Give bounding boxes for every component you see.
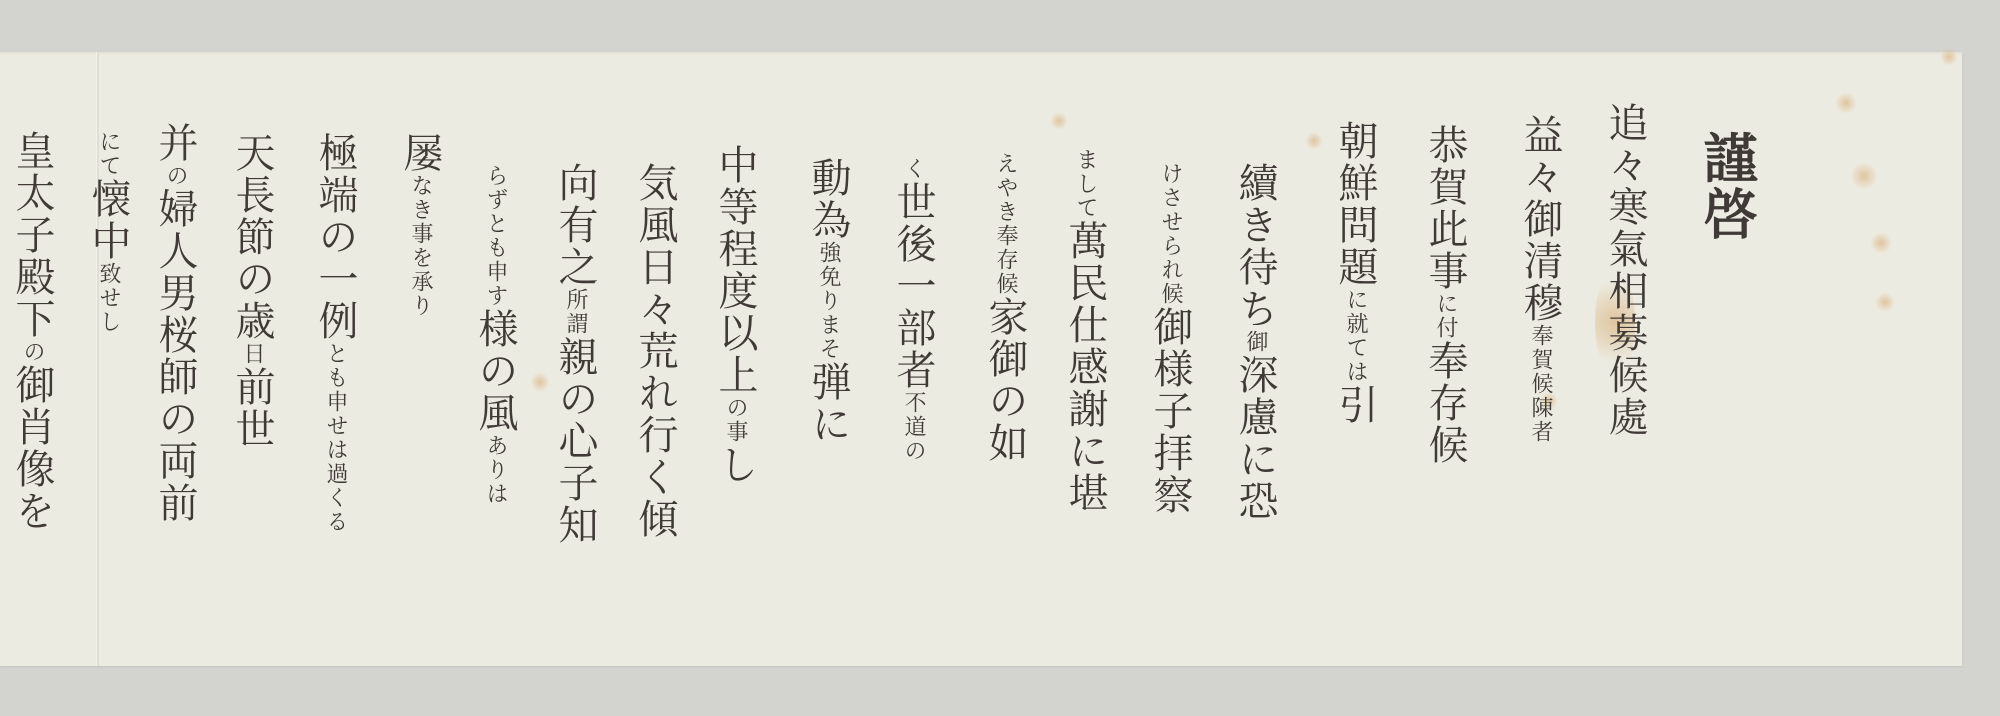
letter-paper: 謹啓 追々寒氣相募候處 益々御清穆奉賀候陳者 恭賀此事に付奉存候 朝鮮問題に就て… bbox=[0, 52, 1962, 666]
text-column: 動為強免りまそ弾に bbox=[808, 157, 848, 445]
text-column: 屡なき事を承り bbox=[400, 132, 440, 318]
text-column: 中等程度以上の事し bbox=[715, 144, 755, 486]
text-column: 朝鮮問題に就ては引 bbox=[1335, 120, 1375, 426]
text-column: 追々寒氣相募候處 bbox=[1605, 102, 1645, 438]
text-column: らずとも申す様の風ありは bbox=[475, 164, 515, 506]
stain bbox=[1835, 92, 1857, 114]
stain bbox=[1870, 232, 1892, 254]
salutation: 謹啓 bbox=[1700, 130, 1754, 242]
text-column: 益々御清穆奉賀候陳者 bbox=[1520, 114, 1560, 444]
text-column: く世後一部者不道の bbox=[893, 157, 933, 463]
text-column: 向有之所謂親の心子知 bbox=[555, 162, 595, 546]
text-column: 気風日々荒れ行く傾 bbox=[635, 162, 675, 540]
text-column: まして萬民仕感謝に堪 bbox=[1065, 148, 1105, 514]
text-column: 恭賀此事に付奉存候 bbox=[1425, 124, 1465, 466]
stain bbox=[530, 372, 550, 392]
text-column: けさせられ候御様子拝察 bbox=[1150, 162, 1190, 516]
stain bbox=[1875, 292, 1895, 312]
text-column: 續き待ち御深慮に恐 bbox=[1235, 162, 1275, 522]
text-column: 天長節の歳日前世 bbox=[232, 132, 272, 450]
stain bbox=[1050, 112, 1068, 130]
text-column: 并の婦人男桜師の両前 bbox=[155, 122, 195, 524]
stain bbox=[1940, 48, 1958, 66]
stain bbox=[1305, 132, 1323, 150]
text-column: えやき奉存候家御の如 bbox=[985, 152, 1025, 464]
text-column: 皇太子殿下の御肖像を bbox=[12, 130, 52, 532]
text-column: 極端の一例とも申せは過くる bbox=[315, 132, 355, 534]
stain bbox=[1850, 162, 1878, 190]
text-column: にて懐中致せし bbox=[88, 130, 128, 334]
